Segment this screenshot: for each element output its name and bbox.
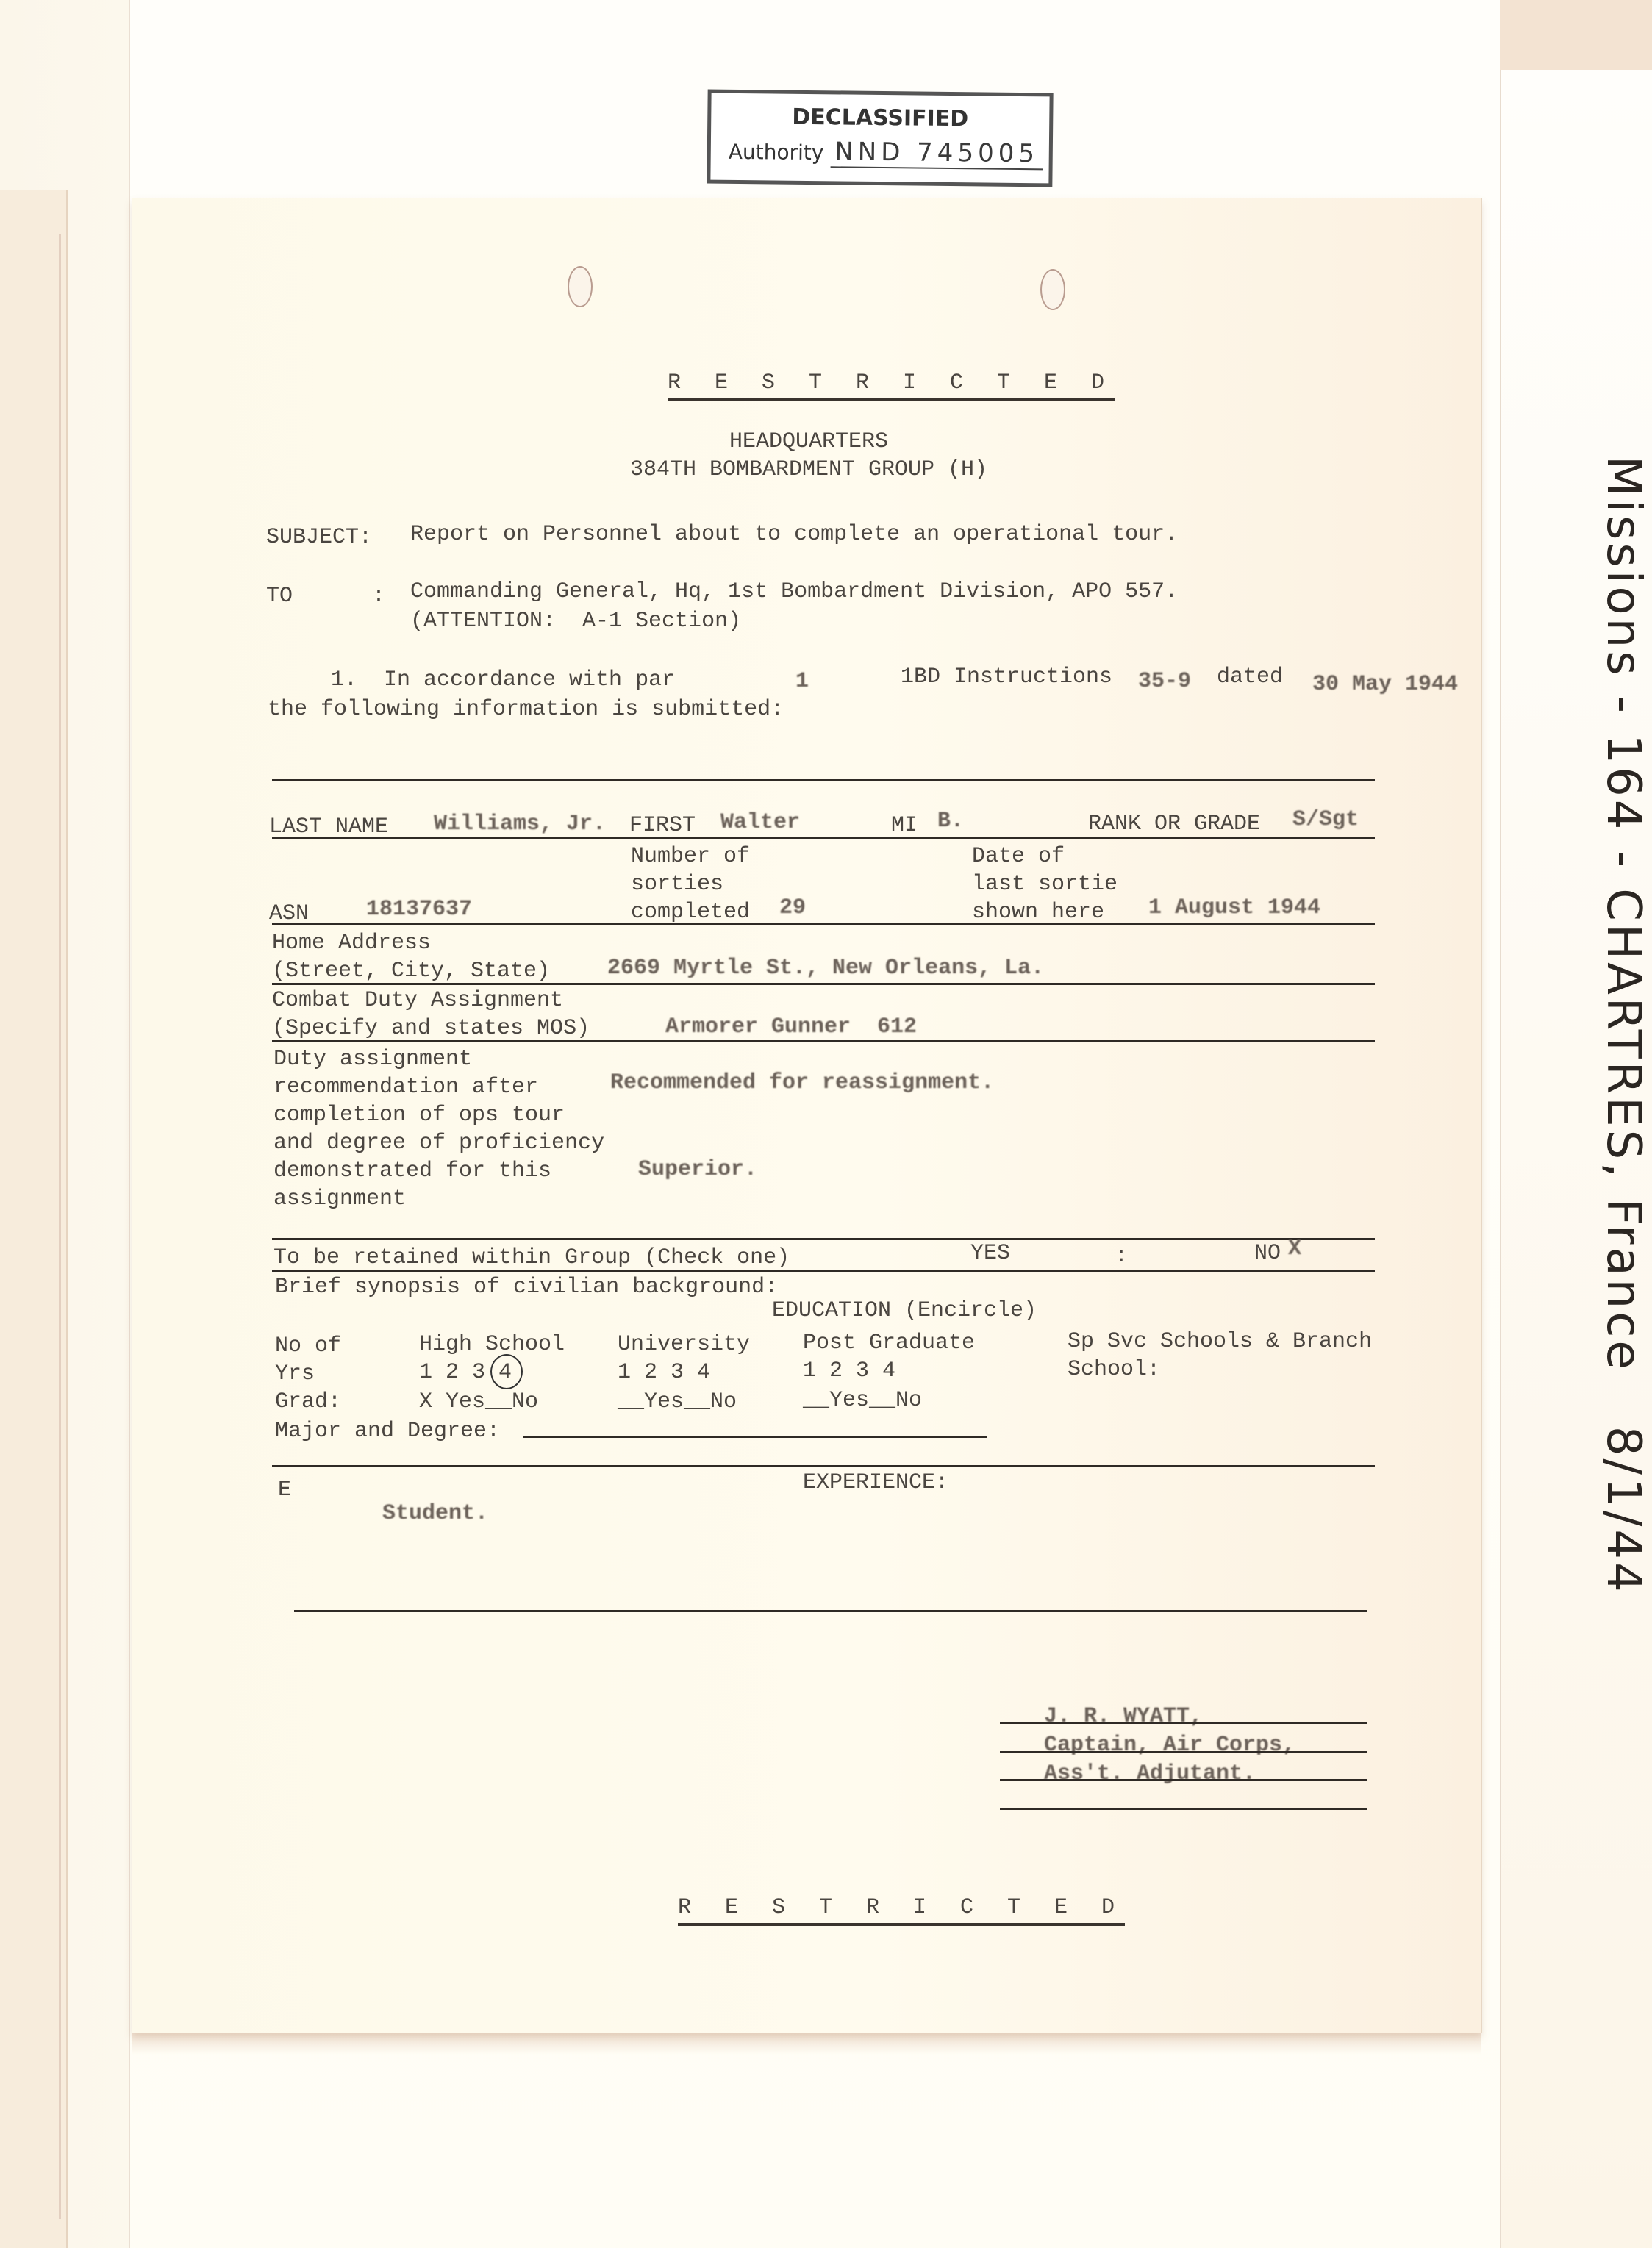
retained-no: NO	[1254, 1239, 1281, 1267]
header-line-1: HEADQUARTERS	[588, 428, 1029, 456]
edu-university-label: University	[618, 1331, 750, 1359]
subject-label: SUBJECT:	[266, 523, 372, 551]
para1-line-2: the following information is submitted:	[268, 695, 784, 723]
civilian-background-label: Brief synopsis of civilian background:	[275, 1273, 778, 1301]
para1-instruction-number: 35-9	[1138, 667, 1191, 695]
punch-hole	[1040, 269, 1065, 310]
last-sortie-value: 1 August 1944	[1148, 894, 1320, 922]
to-label: TO	[266, 582, 293, 610]
stamp-title: DECLASSIFIED	[711, 104, 1049, 133]
signature-line	[1000, 1751, 1367, 1753]
para1-prefix: 1. In accordance with par	[331, 666, 675, 694]
edu-post-graduate-label: Post Graduate	[803, 1329, 975, 1357]
signature-line	[1000, 1808, 1367, 1810]
major-degree-line	[523, 1436, 987, 1438]
education-label: EDUCATION (Encircle)	[772, 1297, 1037, 1325]
edu-high-school-label: High School	[419, 1331, 565, 1359]
proficiency-value: Superior.	[638, 1156, 757, 1184]
sp-svc-schools-label: Sp Svc Schools & Branch	[1068, 1328, 1372, 1356]
form-rule	[272, 1238, 1375, 1240]
background-sheet-left	[0, 190, 68, 2248]
rank-label: RANK OR GRADE	[1088, 810, 1260, 838]
rank-value: S/Sgt	[1292, 806, 1359, 834]
asn-label: ASN	[269, 900, 309, 928]
signature-title: Ass't. Adjutant.	[1044, 1760, 1256, 1788]
classification-top: R E S T R I C T E D	[668, 369, 1115, 401]
edu-university-years: 1 2 3 4	[618, 1359, 710, 1386]
handwritten-margin-note: Missions - 164 - CHARTRES, France 8/1/44	[1596, 456, 1651, 1595]
edu-university-grad: __Yes__No	[618, 1388, 737, 1416]
duty-recommendation-value: Recommended for reassignment.	[610, 1069, 994, 1097]
last-name-label: LAST NAME	[269, 813, 388, 841]
retained-check-mark: X	[1288, 1235, 1301, 1263]
header-line-2: 384TH BOMBARDMENT GROUP (H)	[515, 456, 1103, 484]
experience-value: Student.	[382, 1500, 488, 1528]
subject-text: Report on Personnel about to complete an…	[410, 520, 1178, 548]
para1-instructions: 1BD Instructions	[901, 663, 1112, 691]
edu-post-graduate-years: 1 2 3 4	[803, 1357, 895, 1385]
last-sortie-label: shown here	[972, 898, 1104, 926]
home-address-value: 2669 Myrtle St., New Orleans, La.	[607, 954, 1044, 982]
para1-par: 1	[795, 667, 809, 695]
combat-duty-value: Armorer Gunner 612	[665, 1013, 917, 1041]
punch-hole	[568, 266, 593, 307]
encircled-year-mark	[490, 1354, 523, 1389]
edu-post-graduate-grad: __Yes__No	[803, 1386, 922, 1414]
form-rule	[272, 1465, 1375, 1467]
mi-value: B.	[937, 807, 964, 835]
stamp-authority-number: NND 745005	[830, 137, 1043, 170]
combat-duty-label: (Specify and states MOS)	[272, 1014, 590, 1042]
first-name-label: FIRST	[629, 812, 696, 840]
retained-yes: YES	[970, 1239, 1010, 1267]
to-line-1: Commanding General, Hq, 1st Bombardment …	[410, 578, 1178, 606]
sorties-value: 29	[779, 894, 806, 922]
to-line-2: (ATTENTION: A-1 Section)	[410, 607, 741, 635]
declassified-stamp: DECLASSIFIED Authority NND 745005	[707, 90, 1053, 187]
experience-label: EXPERIENCE:	[803, 1469, 948, 1497]
mi-label: MI	[891, 812, 918, 840]
asn-value: 18137637	[366, 895, 472, 923]
form-rule	[272, 779, 1375, 781]
first-name-value: Walter	[720, 809, 800, 837]
major-degree-label: Major and Degree:	[275, 1417, 500, 1445]
duty-rec-label: assignment	[273, 1185, 406, 1213]
form-rule	[294, 1610, 1367, 1612]
retained-label: To be retained within Group (Check one)	[273, 1244, 790, 1272]
signature-rank: Captain, Air Corps,	[1044, 1731, 1295, 1759]
edu-high-school-grad: X Yes__No	[419, 1388, 538, 1416]
home-address-label: (Street, City, State)	[272, 957, 550, 985]
stamp-authority: Authority NND 745005	[729, 136, 1044, 168]
e-label: E	[278, 1476, 291, 1504]
classification-bottom: R E S T R I C T E D	[678, 1894, 1125, 1926]
last-name-value: Williams, Jr.	[434, 810, 606, 838]
sorties-label: completed	[631, 898, 750, 926]
signature-line	[1000, 1722, 1367, 1724]
signature-line	[1000, 1779, 1367, 1781]
para1-date: 30 May 1944	[1312, 670, 1458, 698]
signature-name: J. R. WYATT,	[1044, 1703, 1203, 1730]
background-folder-edge	[1500, 0, 1652, 70]
